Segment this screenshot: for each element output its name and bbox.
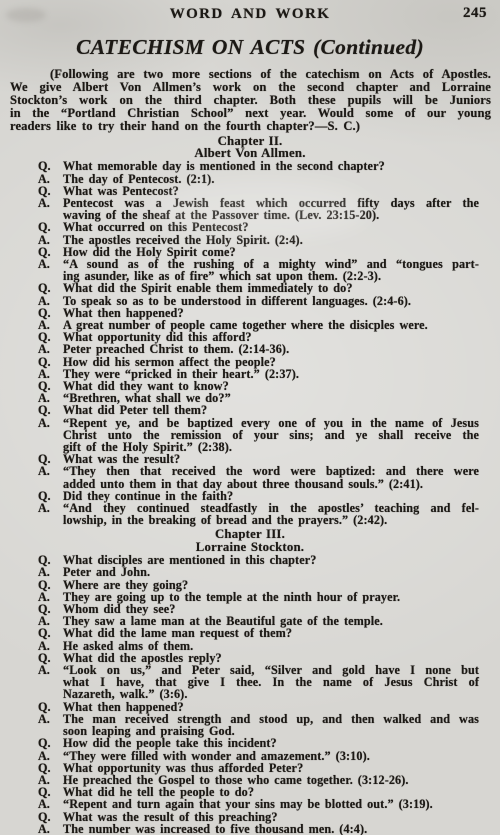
qa-text-line: What did the Spirit enable them immediat… [63, 282, 479, 294]
qa-text: The apostles received the Holy Spirit. (… [63, 234, 479, 246]
answer-label: A. [38, 417, 63, 429]
qa-text: Pentecost was a Jewish feast which occur… [63, 197, 479, 221]
answer-row: A.“A sound as of the rushing of a mighty… [0, 258, 500, 282]
intro-line: (Following are two more sections of the … [10, 68, 491, 81]
question-row: Q.What did the Spirit enable them immedi… [0, 282, 500, 294]
qa-text-line: Peter preached Christ to them. (2:14-36)… [63, 343, 479, 355]
answer-row: A.“They were filled with wonder and amaz… [0, 750, 500, 762]
question-label: Q. [38, 160, 63, 172]
qa-text: “And they continued steadfastly in the a… [63, 502, 479, 526]
qa-text: The number was increased to five thousan… [63, 823, 479, 835]
qa-list: Q.What memorable day is mentioned in the… [0, 160, 500, 526]
answer-row: A.“Look on us,” and Peter said, “Silver … [0, 664, 500, 701]
question-row: Q.What was the result of this preaching? [0, 811, 500, 823]
answer-row: A.“Repent ye, and be baptized every one … [0, 417, 500, 454]
answer-label: A. [38, 502, 63, 514]
question-row: Q.What occurred on this Pentecost? [0, 221, 500, 233]
answer-row: A.Peter preached Christ to them. (2:14-3… [0, 343, 500, 355]
chapter-heading: Chapter III. [0, 528, 500, 540]
qa-text-line: lowship, in the breaking of bread and th… [63, 514, 479, 526]
qa-text-line: “They were filled with wonder and amazem… [63, 750, 479, 762]
chapter-author: Albert Von Allmen. [0, 147, 500, 159]
answer-row: A.“Repent and turn again that your sins … [0, 798, 500, 810]
qa-text-line: To speak so as to be understood in diffe… [63, 295, 479, 307]
qa-text: What did Peter tell them? [63, 404, 479, 416]
page-number: 245 [463, 5, 487, 22]
qa-list: Q.What disciples are mentioned in this c… [0, 554, 500, 835]
qa-text: What did the Spirit enable them immediat… [63, 282, 479, 294]
answer-row: A.The number was increased to five thous… [0, 823, 500, 835]
answer-row: A.To speak so as to be understood in dif… [0, 295, 500, 307]
running-header: WORD AND WORK 245 [0, 0, 500, 22]
intro-line: readers like to try their hand on the fo… [10, 120, 491, 133]
qa-text: Peter and John. [63, 566, 479, 578]
qa-text-line: What did Peter tell them? [63, 404, 479, 416]
qa-text-line: The apostles received the Holy Spirit. (… [63, 234, 479, 246]
answer-label: A. [38, 295, 63, 307]
article-title: CATECHISM ON ACTS (Continued) [0, 35, 500, 60]
intro-line: in the “Portland Christian School” next … [10, 107, 491, 120]
qa-text-line: How did the people take this incident? [63, 737, 479, 749]
question-label: Q. [38, 811, 63, 823]
answer-label: A. [38, 750, 63, 762]
qa-text-line: What memorable day is mentioned in the s… [63, 160, 479, 172]
qa-text: “They then that received the word were b… [63, 465, 479, 489]
qa-text-line: “They then that received the word were b… [63, 465, 479, 477]
qa-text: What was the result of this preaching? [63, 811, 479, 823]
journal-title: WORD AND WORK [0, 6, 500, 23]
qa-text-line: Nazareth, walk.” (3:6). [63, 688, 479, 700]
intro-line: We give Albert Von Allmen’s work on the … [10, 81, 491, 94]
qa-text: The day of Pentecost. (2:1). [63, 173, 479, 185]
question-label: Q. [38, 282, 63, 294]
question-row: Q.What did Peter tell them? [0, 404, 500, 416]
question-row: Q.What did the lame man request of them? [0, 627, 500, 639]
qa-text: What occurred on this Pentecost? [63, 221, 479, 233]
answer-label: A. [38, 343, 63, 355]
qa-text: Peter preached Christ to them. (2:14-36)… [63, 343, 479, 355]
question-label: Q. [38, 221, 63, 233]
question-row: Q.What memorable day is mentioned in the… [0, 160, 500, 172]
qa-text-line: The number was increased to five thousan… [63, 823, 479, 835]
answer-label: A. [38, 823, 63, 835]
answer-row: A.Pentecost was a Jewish feast which occ… [0, 197, 500, 221]
qa-text-line: added unto them in that day about three … [63, 478, 479, 490]
answer-row: A.The day of Pentecost. (2:1). [0, 173, 500, 185]
sections-container: Chapter II.Albert Von Allmen.Q.What memo… [0, 135, 500, 835]
answer-label: A. [38, 664, 63, 676]
question-label: Q. [38, 627, 63, 639]
qa-text-line: What occurred on this Pentecost? [63, 221, 479, 233]
qa-text: “Repent ye, and be baptized every one of… [63, 417, 479, 454]
qa-text-line: Peter and John. [63, 566, 479, 578]
answer-label: A. [38, 465, 63, 477]
chapter-section: Chapter III.Lorraine Stockton.Q.What dis… [0, 528, 500, 834]
answer-row: A.The man received strength and stood up… [0, 713, 500, 737]
qa-text: “A sound as of the rushing of a mighty w… [63, 258, 479, 282]
scanned-page: WORD AND WORK 245 CATECHISM ON ACTS (Con… [0, 0, 500, 835]
question-row: Q.How did the people take this incident? [0, 737, 500, 749]
answer-label: A. [38, 566, 63, 578]
qa-text: The man received strength and stood up, … [63, 713, 479, 737]
chapter-author: Lorraine Stockton. [0, 541, 500, 553]
question-label: Q. [38, 356, 63, 368]
qa-text: What memorable day is mentioned in the s… [63, 160, 479, 172]
intro-paragraph: (Following are two more sections of the … [10, 68, 491, 133]
qa-text: To speak so as to be understood in diffe… [63, 295, 479, 307]
answer-label: A. [38, 197, 63, 209]
qa-text-line: “Repent ye, and be baptized every one of… [63, 417, 479, 429]
answer-row: A.“They then that received the word were… [0, 465, 500, 489]
qa-text: “Repent and turn again that your sins ma… [63, 798, 479, 810]
answer-label: A. [38, 234, 63, 246]
answer-label: A. [38, 713, 63, 725]
answer-label: A. [38, 173, 63, 185]
qa-text: How did his sermon affect the people? [63, 356, 479, 368]
question-label: Q. [38, 737, 63, 749]
answer-label: A. [38, 258, 63, 270]
qa-text: “They were filled with wonder and amazem… [63, 750, 479, 762]
intro-line: Stockton’s work on the third chapter. Bo… [10, 94, 491, 107]
qa-text: What did the lame man request of them? [63, 627, 479, 639]
qa-text-line: What did the lame man request of them? [63, 627, 479, 639]
answer-label: A. [38, 798, 63, 810]
answer-row: A.Peter and John. [0, 566, 500, 578]
qa-text-line: The day of Pentecost. (2:1). [63, 173, 479, 185]
chapter-section: Chapter II.Albert Von Allmen.Q.What memo… [0, 135, 500, 527]
answer-row: A.The apostles received the Holy Spirit.… [0, 234, 500, 246]
question-label: Q. [38, 404, 63, 416]
answer-row: A.“And they continued steadfastly in the… [0, 502, 500, 526]
qa-text-line: What was the result of this preaching? [63, 811, 479, 823]
question-row: Q.How did his sermon affect the people? [0, 356, 500, 368]
qa-text-line: “Repent and turn again that your sins ma… [63, 798, 479, 810]
qa-text: How did the people take this incident? [63, 737, 479, 749]
qa-text-line: How did his sermon affect the people? [63, 356, 479, 368]
qa-text: “Look on us,” and Peter said, “Silver an… [63, 664, 479, 701]
